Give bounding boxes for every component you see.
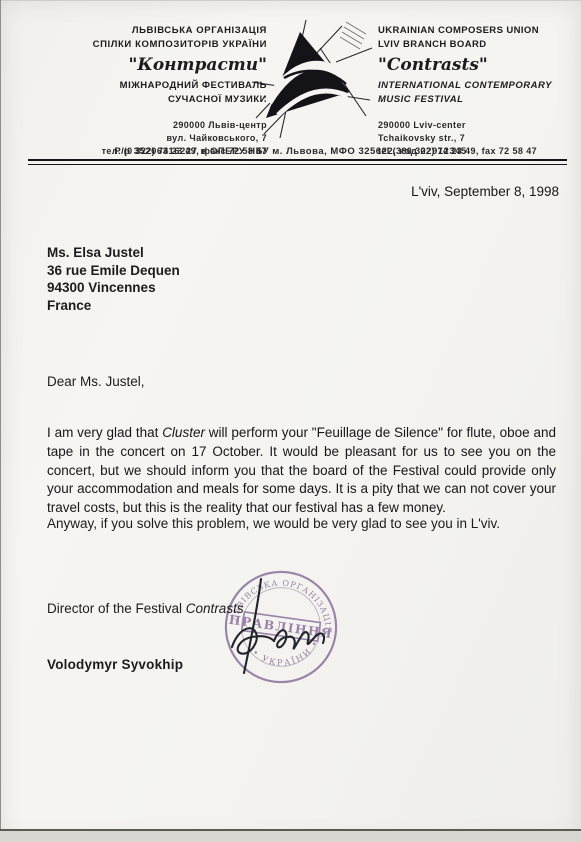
paper-top-edge xyxy=(0,0,581,1)
letterhead-divider-rule xyxy=(28,159,567,165)
letterhead-english: UKRAINIAN COMPOSERS UNION LVIV BRANCH BO… xyxy=(378,24,568,158)
signature-stroke-graphic xyxy=(218,577,333,677)
bank-account-line: Р/р 35206316227 в ОПЕРУ НБУ м. Львова, М… xyxy=(0,146,581,157)
address-line: 290000 Львів-центр xyxy=(17,119,267,132)
address-line: вул. Чайковського, 7 xyxy=(17,132,267,145)
recipient-line: France xyxy=(47,297,180,315)
festival-subtitle-line: СУЧАСНОЇ МУЗИКИ xyxy=(17,93,267,107)
signoff-text: Director of the Festival xyxy=(47,601,186,616)
body-paragraph-2: Anyway, if you solve this problem, we wo… xyxy=(47,515,556,534)
recipient-address: Ms. Elsa Justel 36 rue Emile Dequen 9430… xyxy=(47,244,180,314)
address-line: 290000 Lviv-center xyxy=(378,119,568,132)
recipient-line: 36 rue Emile Dequen xyxy=(47,262,180,280)
festival-logo xyxy=(250,18,374,140)
letterhead-ukrainian: ЛЬВІВСЬКА ОРГАНІЗАЦІЯ СПІЛКИ КОМПОЗИТОРІ… xyxy=(17,24,267,158)
body-paragraph-1: I am very glad that Cluster will perform… xyxy=(47,424,556,518)
festival-subtitle-line: МІЖНАРОДНИЙ ФЕСТИВАЛЬ xyxy=(17,79,267,93)
recipient-line: Ms. Elsa Justel xyxy=(47,244,180,262)
ensemble-name: Cluster xyxy=(162,425,205,440)
salutation: Dear Ms. Justel, xyxy=(47,374,145,389)
body-text: I am very glad that xyxy=(47,425,162,440)
festival-name-ua: "Контрасти" xyxy=(17,54,267,76)
festival-name-en: "Contrasts" xyxy=(378,54,568,76)
handwritten-signature xyxy=(218,577,333,677)
abstract-ink-logo-graphic xyxy=(250,18,374,140)
letter-page: ЛЬВІВСЬКА ОРГАНІЗАЦІЯ СПІЛКИ КОМПОЗИТОРІ… xyxy=(0,0,581,842)
festival-subtitle-line: INTERNATIONAL CONTEMPORARY xyxy=(378,79,568,93)
org-name-line: СПІЛКИ КОМПОЗИТОРІВ УКРАЇНИ xyxy=(17,38,267,52)
org-name-line: UKRAINIAN COMPOSERS UNION xyxy=(378,24,568,38)
address-line: Tchaikovsky str., 7 xyxy=(378,132,568,145)
paper-bottom-edge xyxy=(0,829,581,842)
dateline: L'viv, September 8, 1998 xyxy=(411,184,559,199)
festival-subtitle-line: MUSIC FESTIVAL xyxy=(378,93,568,107)
org-name-line: LVIV BRANCH BOARD xyxy=(378,38,568,52)
signatory-name: Volodymyr Syvokhip xyxy=(47,657,183,672)
org-name-line: ЛЬВІВСЬКА ОРГАНІЗАЦІЯ xyxy=(17,24,267,38)
signoff-title: Director of the Festival Contrasts xyxy=(47,601,244,616)
recipient-line: 94300 Vincennes xyxy=(47,279,180,297)
paper-left-edge xyxy=(0,0,1,842)
